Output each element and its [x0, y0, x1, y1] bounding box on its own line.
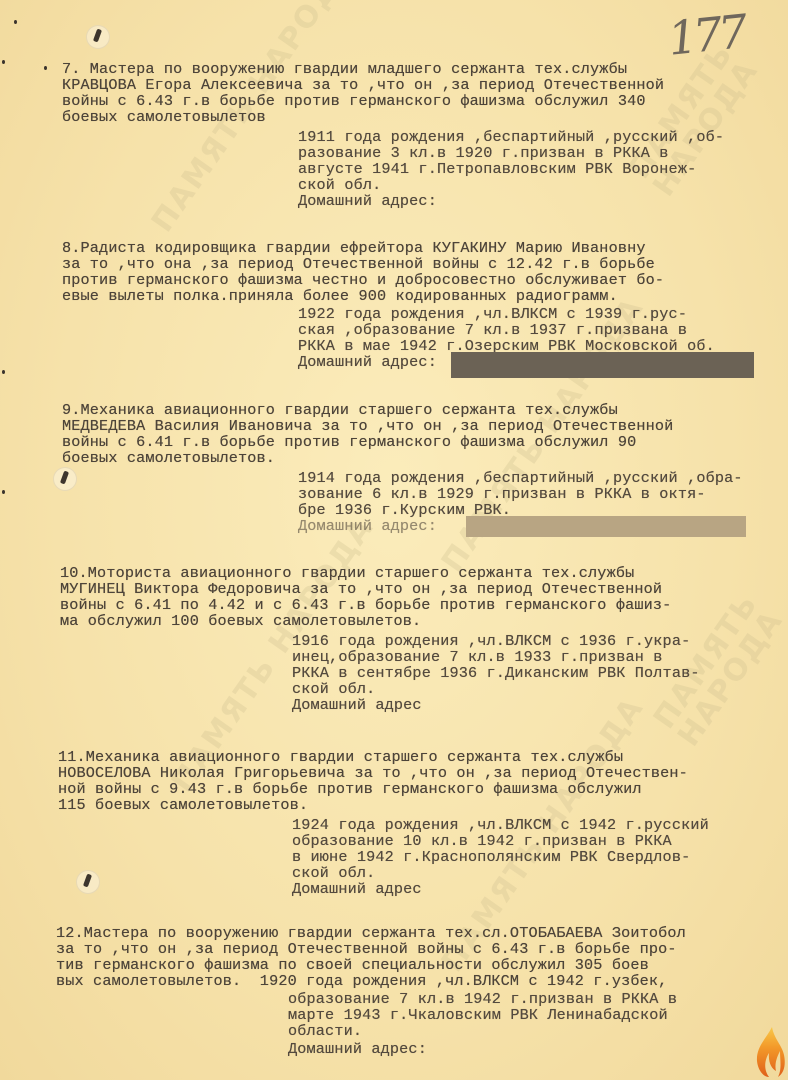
- bio-line: ской обл.: [298, 177, 381, 193]
- home-address-label: Домашний адрес:: [298, 518, 437, 534]
- home-address-label: Домашний адрес: [292, 881, 422, 897]
- ink-speck: [14, 20, 17, 24]
- redaction-box: [466, 516, 746, 537]
- entry-text-line: 115 боевых самолетовылетов.: [58, 797, 308, 813]
- entry-text-line: против германского фашизма честно и добр…: [62, 272, 664, 288]
- entry-text-line: ной войны с 9.43 г.в борьбе против герма…: [58, 781, 642, 797]
- entry-text-line: 11.Механика авиационного гвардии старшег…: [58, 749, 623, 765]
- bio-line: 1914 года рождения ,беспартийный ,русски…: [298, 470, 743, 486]
- bio-line: разование 3 кл.в 1920 г.призван в РККА в: [298, 145, 669, 161]
- entry-text-line: 7. Мастера по вооружению гвардии младшег…: [62, 61, 627, 77]
- entry-text-line: евые вылеты полка.приняла более 900 коди…: [62, 288, 618, 304]
- bio-line: 1916 года рождения ,чл.ВЛКСМ с 1936 г.ук…: [292, 633, 690, 649]
- entry-text-line: за то ,что она ,за период Отечественной …: [62, 256, 655, 272]
- ink-speck: [2, 60, 5, 64]
- entry-text-line: ма обслужил 100 боевых самолетовылетов.: [60, 613, 421, 629]
- bio-line: образование 10 кл.в 1942 г.призван в РКК…: [292, 833, 672, 849]
- bio-line: области.: [288, 1023, 362, 1039]
- home-address-label: Домашний адрес:: [298, 193, 437, 209]
- punch-hole-icon: [53, 467, 77, 491]
- handwritten-page-number: 177: [665, 4, 746, 66]
- entry-text-line: боевых самолетовылетов: [62, 109, 266, 125]
- entry-text-line: КРАВЦОВА Егора Алексеевича за то ,что он…: [62, 77, 664, 93]
- punch-hole-icon: [76, 870, 100, 894]
- entry-text-line: боевых самолетовылетов.: [62, 450, 275, 466]
- bio-line: образование 7 кл.в 1942 г.призван в РККА…: [288, 991, 677, 1007]
- entry-text-line: тив германского фашизма по своей специал…: [56, 957, 649, 973]
- entry-text-line: 8.Радиста кодировщика гвардии ефрейтора …: [62, 240, 646, 256]
- bio-line: августе 1941 г.Петропавловским РВК Ворон…: [298, 161, 696, 177]
- bio-line: ской обл.: [292, 865, 375, 881]
- archival-document-page: ПАМЯТЬ НАРОДА ПАМЯТЬ НАРОДА ПАМЯТЬ НАРОД…: [0, 0, 788, 1080]
- entry-text-line: войны с 6.41 г.в борьбе против германско…: [62, 434, 636, 450]
- punch-hole-icon: [86, 25, 110, 49]
- bio-line: зование 6 кл.в 1929 г.призван в РККА в о…: [298, 486, 706, 502]
- bio-line: 1924 года рождения ,чл.ВЛКСМ с 1942 г.ру…: [292, 817, 709, 833]
- bio-line: РККА в сентябре 1936 г.Диканским РВК Пол…: [292, 665, 700, 681]
- entry-text-line: 9.Механика авиационного гвардии старшего…: [62, 402, 618, 418]
- entry-text-line: НОВОСЕЛОВА Николая Григорьевича за то ,ч…: [58, 765, 688, 781]
- bio-line: ская ,образование 7 кл.в 1937 г.призвана…: [298, 322, 687, 338]
- bio-line: ской обл.: [292, 681, 375, 697]
- redaction-box: [451, 352, 754, 378]
- entry-text-line: войны с 6.41 по 4.42 и с 6.43 г.в борьбе…: [60, 597, 671, 613]
- ink-speck: [2, 490, 5, 494]
- entry-text-line: 10.Моториста авиационного гвардии старше…: [60, 565, 634, 581]
- entry-text-line: войны с 6.43 г.в борьбе против германско…: [62, 93, 646, 109]
- entry-text-line: вых самолетовылетов. 1920 года рождения …: [56, 973, 667, 989]
- bio-line: 1922 года рождения ,чл.ВЛКСМ с 1939 г.ру…: [298, 306, 687, 322]
- home-address-label: Домашний адрес:: [298, 354, 437, 370]
- entry-text-line: за то ,что он ,за период Отечественной в…: [56, 941, 677, 957]
- ink-speck: [44, 66, 47, 70]
- flame-logo-icon: [752, 1025, 786, 1079]
- bio-line: в июне 1942 г.Краснополянским РВК Свердл…: [292, 849, 690, 865]
- bio-line: 1911 года рождения ,беспартийный ,русски…: [298, 129, 724, 145]
- entry-text-line: 12.Мастера по вооружению гвардии сержант…: [56, 925, 686, 941]
- entry-text-line: МЕДВЕДЕВА Василия Ивановича за то ,что о…: [62, 418, 673, 434]
- home-address-label: Домашний адрес:: [288, 1041, 427, 1057]
- bio-line: инец,образование 7 кл.в 1933 г.призван в: [292, 649, 663, 665]
- entry-text-line: МУГИНЕЦ Виктора Федоровича за то ,что он…: [60, 581, 662, 597]
- ink-speck: [2, 370, 5, 374]
- home-address-label: Домашний адрес: [292, 697, 422, 713]
- bio-line: марте 1943 г.Чкаловским РВК Ленинабадско…: [288, 1007, 668, 1023]
